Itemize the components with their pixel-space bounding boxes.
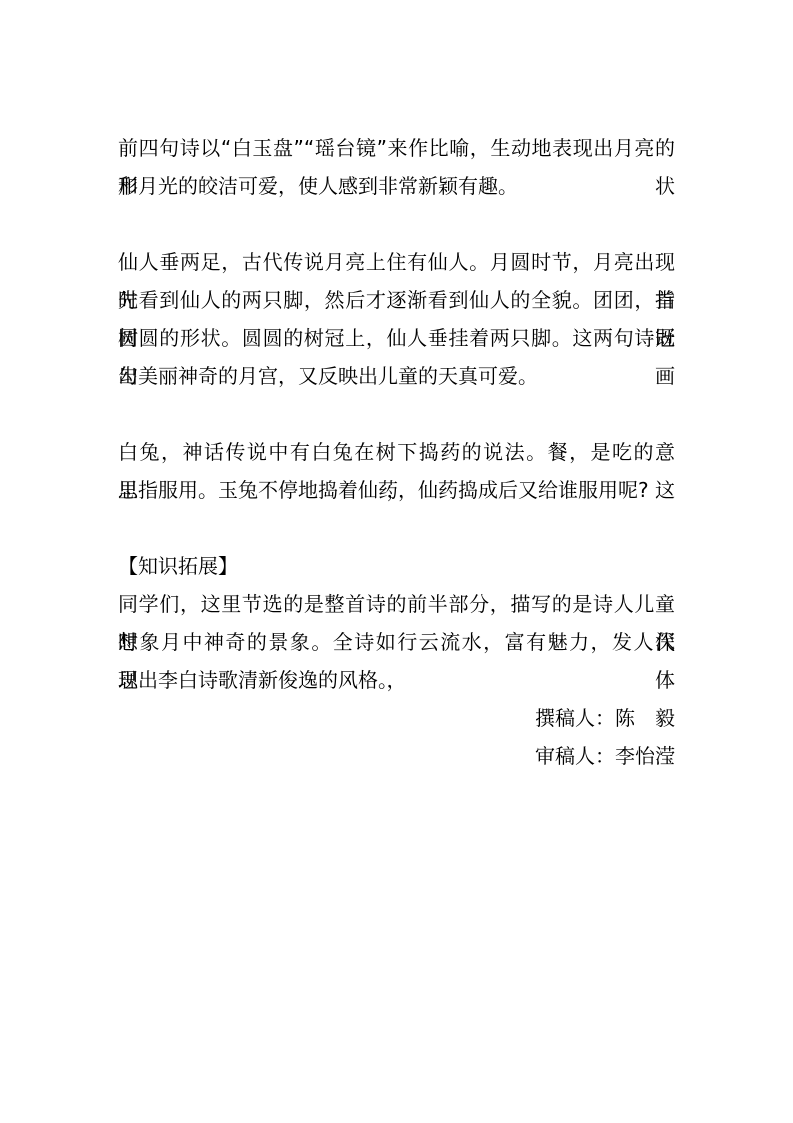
text-line: 前四句诗以“白玉盘”“瑶台镜”来作比喻，生动地表现出月亮的形状	[118, 129, 675, 167]
heading-knowledge-expansion: 【知识拓展】	[118, 547, 675, 585]
text-line: 圆圆的形状。圆圆的树冠上，仙人垂挂着两只脚。这两句诗既勾画	[118, 319, 675, 357]
text-line: 【知识拓展】	[118, 547, 675, 585]
text-line: 审稿人：李怡滢	[118, 737, 675, 775]
para-summary: 同学们，这里节选的是整首诗的前半部分，描写的是诗人儿童时代想象月中神奇的景象。全…	[118, 585, 675, 699]
text-line: 白兔，神话传说中有白兔在树下捣药的说法。餐，是吃的意思，这	[118, 433, 675, 471]
text-line: 想象月中神奇的景象。全诗如行云流水，富有魅力，发人深思，体	[118, 623, 675, 661]
para-white-rabbit: 白兔，神话传说中有白兔在树下捣药的说法。餐，是吃的意思，这里指服用。玉兔不停地捣…	[118, 433, 675, 509]
byline-author: 撰稿人：陈 毅	[118, 699, 675, 737]
text-line: 同学们，这里节选的是整首诗的前半部分，描写的是诗人儿童时代	[118, 585, 675, 623]
text-line: 先看到仙人的两只脚，然后才逐渐看到仙人的全貌。团团，指树冠	[118, 281, 675, 319]
para-immortal-feet: 仙人垂两足，古代传说月亮上住有仙人。月圆时节，月亮出现时首先看到仙人的两只脚，然…	[118, 243, 675, 395]
byline-reviewer: 审稿人：李怡滢	[118, 737, 675, 775]
text-line: 仙人垂两足，古代传说月亮上住有仙人。月圆时节，月亮出现时首	[118, 243, 675, 281]
text-line: 里指服用。玉兔不停地捣着仙药，仙药捣成后又给谁服用呢?	[118, 471, 675, 509]
document-page: { "page": { "width": 793, "height": 1123…	[0, 0, 793, 1123]
document-body: 前四句诗以“白玉盘”“瑶台镜”来作比喻，生动地表现出月亮的形状和月光的皎洁可爱，…	[118, 129, 675, 775]
text-line: 撰稿人：陈 毅	[118, 699, 675, 737]
para-moon-metaphor: 前四句诗以“白玉盘”“瑶台镜”来作比喻，生动地表现出月亮的形状和月光的皎洁可爱，…	[118, 129, 675, 205]
